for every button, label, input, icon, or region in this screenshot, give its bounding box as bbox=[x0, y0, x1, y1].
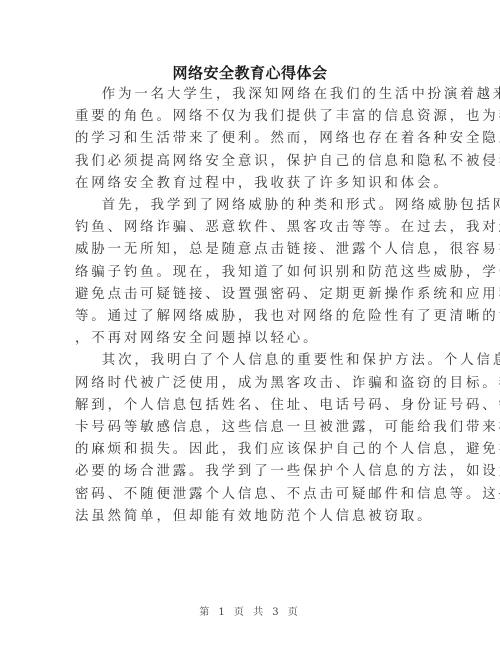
text-line: 威胁一无所知，总是随意点击链接、泄露个人信息，很容易被网 bbox=[75, 239, 421, 261]
document-body: 作为一名大学生，我深知网络在我们的生活中扮演着越来越 重要的角色。网络不仅为我们… bbox=[75, 84, 421, 528]
text-line: 的学习和生活带来了便利。然而，网络也存在着各种安全隐患， bbox=[75, 128, 421, 150]
text-line: 密码、不随便泄露个人信息、不点击可疑邮件和信息等。这些方 bbox=[75, 484, 421, 506]
text-line: 在网络安全教育过程中，我收获了许多知识和体会。 bbox=[75, 173, 421, 195]
text-line: 法虽然简单，但却能有效地防范个人信息被窃取。 bbox=[75, 506, 421, 528]
paragraph-intro: 作为一名大学生，我深知网络在我们的生活中扮演着越来越 重要的角色。网络不仅为我们… bbox=[75, 84, 421, 195]
text-line: 络骗子钓鱼。现在，我知道了如何识别和防范这些威胁，学会了 bbox=[75, 262, 421, 284]
text-line: 首先，我学到了网络威胁的种类和形式。网络威胁包括网络 bbox=[75, 195, 421, 217]
text-line: 作为一名大学生，我深知网络在我们的生活中扮演着越来越 bbox=[75, 84, 421, 106]
text-line: 重要的角色。网络不仅为我们提供了丰富的信息资源，也为我们 bbox=[75, 106, 421, 128]
text-line: 避免点击可疑链接、设置强密码、定期更新操作系统和应用程序 bbox=[75, 284, 421, 306]
page-number-footer: 第 1 页 共 3 页 bbox=[0, 603, 500, 618]
text-line: 其次，我明白了个人信息的重要性和保护方法。个人信息在 bbox=[75, 350, 421, 372]
text-line: 我们必须提高网络安全意识，保护自己的信息和隐私不被侵犯。 bbox=[75, 151, 421, 173]
text-line: 钓鱼、网络诈骗、恶意软件、黑客攻击等等。在过去，我对这些 bbox=[75, 217, 421, 239]
text-line: ，不再对网络安全问题掉以轻心。 bbox=[75, 328, 421, 350]
paragraph-threats: 首先，我学到了网络威胁的种类和形式。网络威胁包括网络 钓鱼、网络诈骗、恶意软件、… bbox=[75, 195, 421, 350]
text-line: 网络时代被广泛使用，成为黑客攻击、诈骗和盗窃的目标。我了 bbox=[75, 373, 421, 395]
text-line: 卡号码等敏感信息，这些信息一旦被泄露，可能给我们带来极大 bbox=[75, 417, 421, 439]
text-line: 解到，个人信息包括姓名、住址、电话号码、身份证号码、银行 bbox=[75, 395, 421, 417]
paragraph-personal-info: 其次，我明白了个人信息的重要性和保护方法。个人信息在 网络时代被广泛使用，成为黑… bbox=[75, 350, 421, 528]
text-line: 必要的场合泄露。我学到了一些保护个人信息的方法，如设置强 bbox=[75, 461, 421, 483]
document-title: 网络安全教育心得体会 bbox=[0, 62, 500, 83]
text-line: 等。通过了解网络威胁，我也对网络的危险性有了更清晰的认识 bbox=[75, 306, 421, 328]
document-page: 网络安全教育心得体会 作为一名大学生，我深知网络在我们的生活中扮演着越来越 重要… bbox=[0, 0, 500, 647]
text-line: 的麻烦和损失。因此，我们应该保护自己的个人信息，避免在不 bbox=[75, 439, 421, 461]
